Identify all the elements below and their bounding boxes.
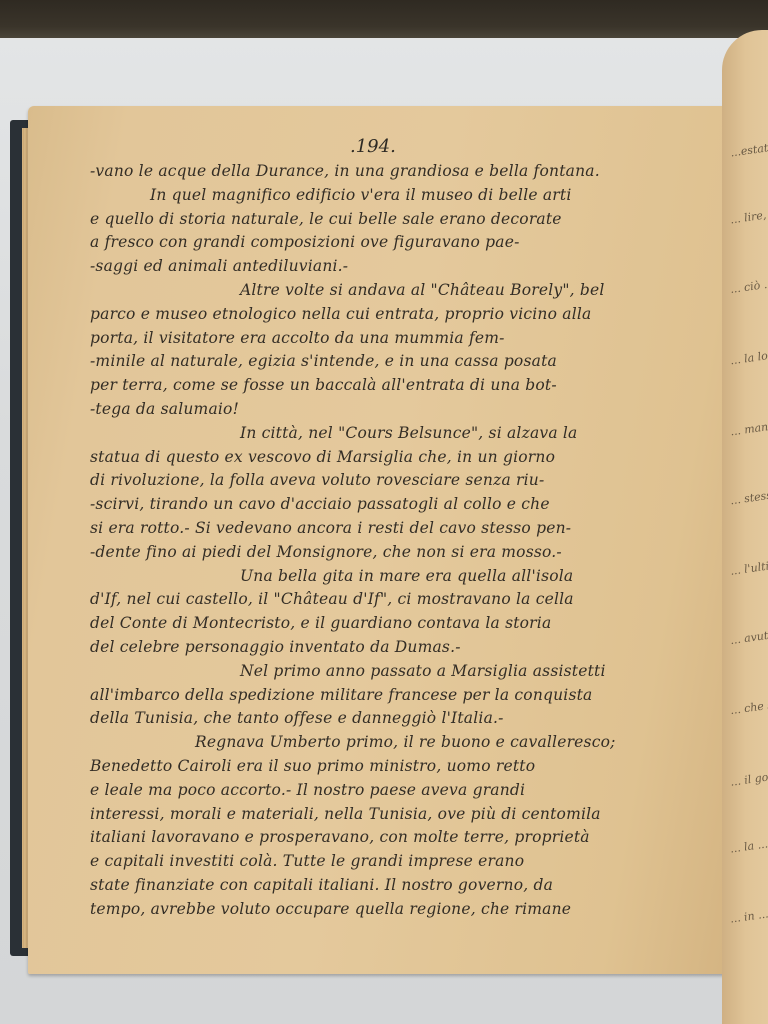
manuscript-line: e capitali investiti colà. Tutte le gran…: [90, 850, 720, 874]
manuscript-line: Altre volte si andava al "Château Borely…: [90, 279, 720, 303]
manuscript-line: Regnava Umberto primo, il re buono e cav…: [90, 731, 720, 755]
manuscript-line: del Conte di Montecristo, e il guardiano…: [90, 612, 720, 636]
dark-surface-top: [0, 0, 768, 38]
manuscript-line: -saggi ed animali antediluviani.-: [90, 255, 720, 279]
manuscript-line: porta, il visitatore era accolto da una …: [90, 327, 720, 351]
right-page-text-fragment: ... avuto ...: [729, 626, 768, 647]
right-page-text-fragment: ... la ...: [729, 837, 768, 855]
manuscript-line: -scirvi, tirando un cavo d'acciaio passa…: [90, 493, 720, 517]
right-page-text-fragment: ... in ...: [729, 907, 768, 925]
manuscript-line: -tega da salumaio!: [90, 398, 720, 422]
right-page-text-fragment: ... l'ultima ...: [729, 555, 768, 578]
right-page-text-fragment: ... lire, ...: [729, 207, 768, 227]
manuscript-line: all'imbarco della spedizione militare fr…: [90, 684, 720, 708]
manuscript-line: tempo, avrebbe voluto occupare quella re…: [90, 898, 720, 922]
manuscript-line: statua di questo ex vescovo di Marsiglia…: [90, 446, 720, 470]
manuscript-line: per terra, come se fosse un baccalà all'…: [90, 374, 720, 398]
manuscript-line: Nel primo anno passato a Marsiglia assis…: [90, 660, 720, 684]
right-page-text-fragment: ... mancano ...: [729, 415, 768, 439]
right-page-text-fragment: ... la lora ...: [729, 346, 768, 368]
manuscript-line: parco e museo etnologico nella cui entra…: [90, 303, 720, 327]
manuscript-line: In città, nel "Cours Belsunce", si alzav…: [90, 422, 720, 446]
manuscript-line: d'If, nel cui castello, il "Château d'If…: [90, 588, 720, 612]
manuscript-line: Una bella gita in mare era quella all'is…: [90, 565, 720, 589]
manuscript-line: state finanziate con capitali italiani. …: [90, 874, 720, 898]
right-page-text-fragment: ... che si ...: [729, 696, 768, 717]
manuscript-line: e leale ma poco accorto.- Il nostro paes…: [90, 779, 720, 803]
manuscript-line: -vano le acque della Durance, in una gra…: [90, 160, 720, 184]
manuscript-line: si era rotto.- Si vedevano ancora i rest…: [90, 517, 720, 541]
manuscript-line: a fresco con grandi composizioni ove fig…: [90, 231, 720, 255]
right-facing-page: ...estatamente ...... lire, ...... ciò .…: [722, 30, 768, 1024]
right-page-text-fragment: ... ciò ...: [729, 277, 768, 296]
manuscript-line: di rivoluzione, la folla aveva voluto ro…: [90, 469, 720, 493]
page-number: .194.: [350, 136, 396, 157]
manuscript-line: della Tunisia, che tanto offese e danneg…: [90, 707, 720, 731]
handwritten-text-block: -vano le acque della Durance, in una gra…: [90, 160, 720, 922]
right-page-text-fragment: ...estatamente ...: [730, 134, 768, 160]
manuscript-line: -minile al naturale, egizia s'intende, e…: [90, 350, 720, 374]
manuscript-line: interessi, morali e materiali, nella Tun…: [90, 803, 720, 827]
manuscript-line: Benedetto Cairoli era il suo primo minis…: [90, 755, 720, 779]
right-page-text-fragment: ... il governo ...: [730, 764, 768, 789]
manuscript-line: In quel magnifico edificio v'era il muse…: [90, 184, 720, 208]
manuscript-line: italiani lavoravano e prosperavano, con …: [90, 826, 720, 850]
manuscript-line: e quello di storia naturale, le cui bell…: [90, 208, 720, 232]
right-page-text-fragment: ... stesso ...: [729, 486, 768, 508]
manuscript-line: -dente fino ai piedi del Monsignore, che…: [90, 541, 720, 565]
manuscript-line: del celebre personaggio inventato da Dum…: [90, 636, 720, 660]
